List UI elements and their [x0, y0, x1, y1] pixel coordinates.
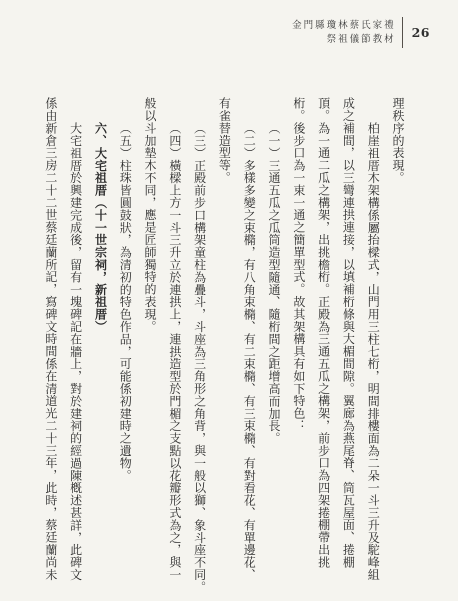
book-title-line2: 祭祖儀節教材	[292, 33, 396, 47]
header-divider	[402, 17, 403, 48]
text-column: （一）三通五瓜之瓜筒造型隨通、隨桁間之距增高而加長。	[261, 97, 286, 598]
text-column: （四）橫樑上方一斗三升立於連拱上，連拱造型於門楣之支點以花瓣形式為之，與一	[162, 97, 187, 598]
text-column: 成之補間，以三彎連拱連接，以填補桁條與大楣間隙。翼廊為燕尾脊、筒瓦屋面、捲棚	[336, 97, 361, 598]
page-header: 金門縣瓊林蔡氏家禮 祭祖儀節教材 26	[292, 17, 430, 48]
text-column: 有雀替造型等。	[212, 97, 237, 598]
book-title-line1: 金門縣瓊林蔡氏家禮	[292, 19, 396, 33]
text-column: 理秩序的表現。	[385, 97, 410, 598]
text-column: 大宅祖厝於興建完成後，留有一塊碑記在牆上，對於建祠的經過陳槪述甚詳，此碑文	[63, 97, 88, 598]
text-column: 桁。後步口為一束一通之簡單型式。故其架構具有如下特色：	[286, 97, 311, 598]
text-column: 柏崖祖厝木架構係屬抬樑式，山門用三柱七桁，明間排樓面為二朵一斗三升及駝峰組	[360, 97, 385, 598]
text-column: 頂。為一通二瓜之構架，出挑檐桁。正殿為三通五瓜之構架，前步口為四架捲棚帶出挑	[311, 97, 336, 598]
section-heading: 六、大宅祖厝（十一世宗祠，新祖厝）	[88, 97, 113, 598]
text-column: （二）多樣多變之束橢，有八角束橢、有二束橢、有三束橢、有對看花、有單邊花、	[236, 97, 261, 598]
text-column: （三）正殿前步口構架童柱為疊斗，斗座為三角形之角背，與一般以獅、象斗座不同。	[187, 97, 212, 598]
text-column: 般以斗加墊木不同，應是匠師獨特的表現。	[137, 97, 162, 598]
text-column: 係由新倉三房二十二世蔡廷蘭所記，寫碑文時間係在清道光二十三年，此時，蔡廷蘭尚未	[38, 97, 63, 598]
page-number: 26	[412, 25, 430, 40]
body-text: 理秩序的表現。 柏崖祖厝木架構係屬抬樑式，山門用三柱七桁，明間排樓面為二朵一斗三…	[38, 97, 410, 598]
book-page: 金門縣瓊林蔡氏家禮 祭祖儀節教材 26 理秩序的表現。 柏崖祖厝木架構係屬抬樑式…	[0, 0, 458, 601]
running-head: 金門縣瓊林蔡氏家禮 祭祖儀節教材	[292, 19, 394, 47]
text-column: （五）柱珠皆圓鼓狀，為清初的特色作品，可能係初建時之遺物。	[112, 97, 137, 598]
